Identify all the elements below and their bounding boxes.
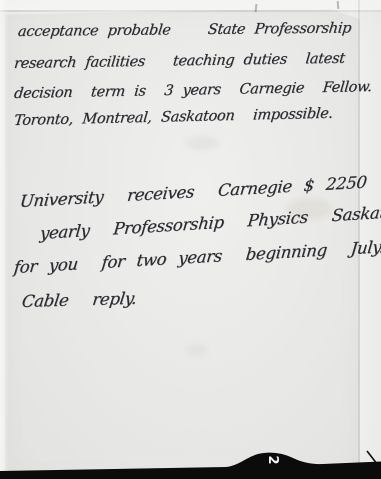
handwriting-line: for you for two years beginning July. bbox=[13, 237, 381, 277]
handwriting-layer: acceptance probable State Professorship … bbox=[0, 0, 381, 479]
page-number-tab: 2 bbox=[264, 452, 280, 468]
handwriting-line: Cable reply. bbox=[21, 289, 138, 311]
film-strip bbox=[0, 449, 381, 479]
handwriting-line: decision term is 3 years Carnegie Fellow… bbox=[13, 79, 372, 102]
handwriting-line: research facilities teaching duties late… bbox=[13, 51, 345, 72]
film-strip-band bbox=[0, 453, 381, 479]
handwriting-line: University receives Carnegie $ 2250 bbox=[19, 173, 368, 212]
handwriting-line: Toronto, Montreal, Saskatoon impossible. bbox=[13, 106, 333, 129]
scanned-note-page: acceptance probable State Professorship … bbox=[0, 0, 381, 479]
handwriting-line: yearly Professorship Physics Saskatoon bbox=[39, 201, 381, 243]
handwriting-line: acceptance probable State Professorship bbox=[17, 21, 352, 41]
